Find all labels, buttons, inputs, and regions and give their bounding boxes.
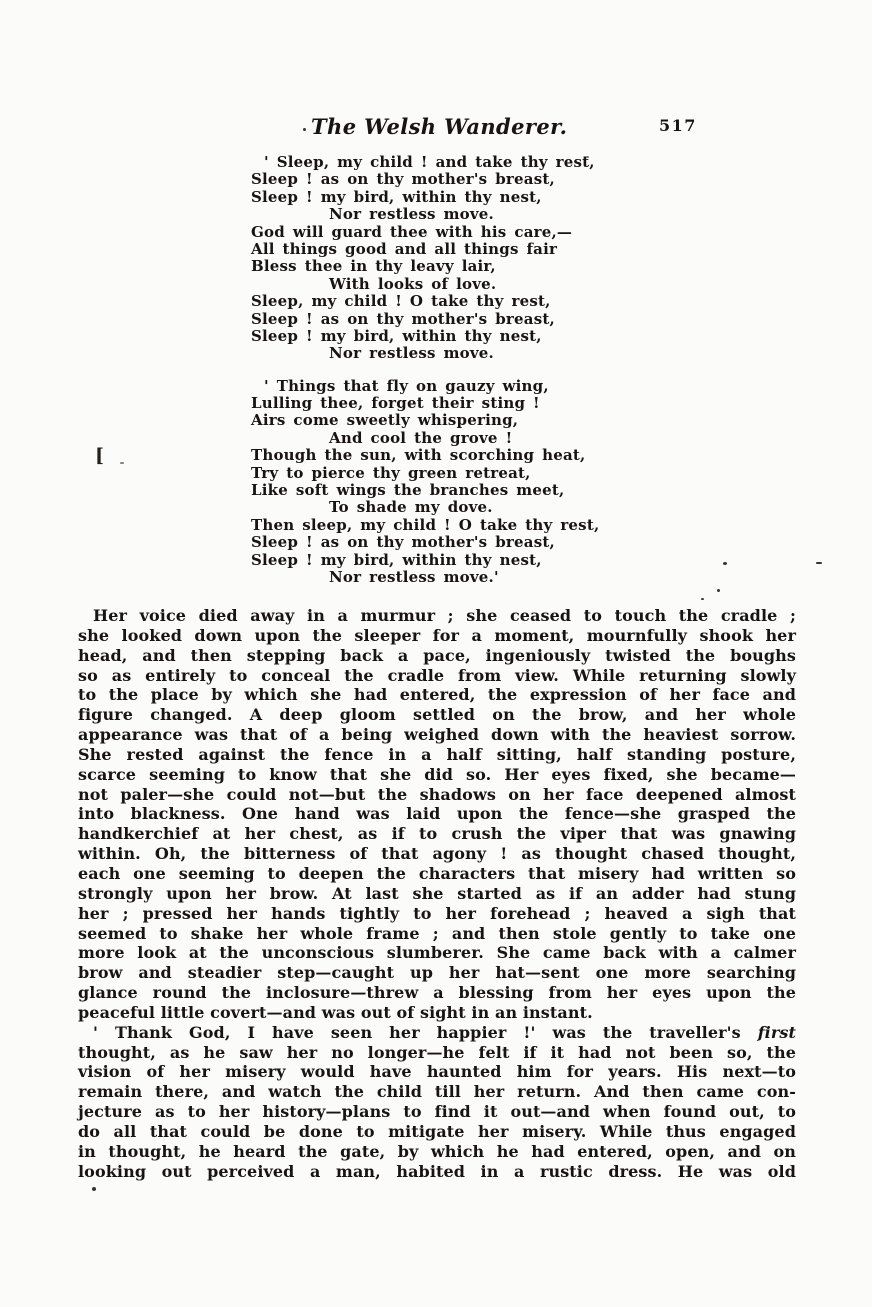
prose-line: She rested against the fence in a half s… — [78, 745, 796, 765]
prose-line: into blackness. One hand was laid upon t… — [78, 804, 796, 824]
prose-line: vision of her misery would have haunted … — [78, 1062, 796, 1082]
poem-line: Nor restless move. — [251, 206, 599, 223]
poem-line: All things good and all things fair — [251, 241, 599, 258]
running-head: The Welsh Wanderer. 517 — [0, 112, 872, 146]
prose-line: so as entirely to conceal the cradle fro… — [78, 666, 796, 686]
prose-line: ' Thank God, I have seen her happier !' … — [78, 1023, 796, 1043]
ink-speck — [92, 1187, 96, 1191]
poem-line: And cool the grove ! — [251, 430, 599, 447]
poem-line: Try to pierce thy green retreat, — [251, 465, 599, 482]
prose-line: she looked down upon the sleeper for a m… — [78, 626, 796, 646]
prose-line: seemed to shake her whole frame ; and th… — [78, 924, 796, 944]
prose-line: do all that could be done to mitigate he… — [78, 1122, 796, 1142]
poem-line: Nor restless move. — [251, 345, 599, 362]
ink-speck — [120, 462, 124, 464]
margin-bracket-mark: [ — [95, 445, 104, 467]
prose-line: her ; pressed her hands tightly to her f… — [78, 904, 796, 924]
prose-line: handkerchief at her chest, as if to crus… — [78, 824, 796, 844]
ink-speck — [303, 128, 306, 131]
prose-line: within. Oh, the bitterness of that agony… — [78, 844, 796, 864]
italic-word: first — [758, 1023, 796, 1042]
poem-block: ' Sleep, my child ! and take thy rest, S… — [251, 154, 599, 586]
prose-line: strongly upon her brow. At last she star… — [78, 884, 796, 904]
ink-speck — [816, 562, 822, 564]
poem-line: Airs come sweetly whispering, — [251, 412, 599, 429]
prose-line: peaceful little covert—and was out of si… — [78, 1003, 796, 1023]
poem-stanza-2: ' Things that fly on gauzy wing, Lulling… — [251, 378, 599, 587]
prose-block: Her voice died away in a murmur ; she ce… — [78, 606, 796, 1181]
prose-line: jecture as to her history—plans to find … — [78, 1102, 796, 1122]
ink-speck — [717, 589, 720, 592]
prose-line: head, and then stepping back a pace, ing… — [78, 646, 796, 666]
ink-speck — [586, 156, 589, 158]
page-number: 517 — [659, 116, 697, 135]
prose-line: brow and steadier step—caught up her hat… — [78, 963, 796, 983]
prose-line: in thought, he heard the gate, by which … — [78, 1142, 796, 1162]
poem-line: ' Sleep, my child ! and take thy rest, — [251, 154, 599, 171]
poem-line: Like soft wings the branches meet, — [251, 482, 599, 499]
prose-line: not paler—she could not—but the shadows … — [78, 785, 796, 805]
prose-line: glance round the inclosure—threw a bless… — [78, 983, 796, 1003]
poem-line: Bless thee in thy leavy lair, — [251, 258, 599, 275]
poem-stanza-1: ' Sleep, my child ! and take thy rest, S… — [251, 154, 599, 363]
ink-speck — [701, 598, 704, 600]
poem-line: With looks of love. — [251, 276, 599, 293]
poem-line: Sleep ! my bird, within thy nest, — [251, 552, 599, 569]
poem-line: Sleep ! as on thy mother's breast, — [251, 534, 599, 551]
poem-line: Sleep ! as on thy mother's breast, — [251, 171, 599, 188]
poem-line: Sleep ! as on thy mother's breast, — [251, 311, 599, 328]
poem-line: Sleep ! my bird, within thy nest, — [251, 328, 599, 345]
prose-line: more look at the unconscious slumberer. … — [78, 943, 796, 963]
page-title: The Welsh Wanderer. — [311, 114, 567, 139]
ink-speck — [723, 562, 727, 565]
prose-line: thought, as he saw her no longer—he felt… — [78, 1043, 796, 1063]
prose-line: each one seeming to deepen the character… — [78, 864, 796, 884]
prose-line: to the place by which she had entered, t… — [78, 685, 796, 705]
poem-line: Sleep, my child ! O take thy rest, — [251, 293, 599, 310]
poem-line: Though the sun, with scorching heat, — [251, 447, 599, 464]
poem-line: To shade my dove. — [251, 499, 599, 516]
prose-line-text: ' Thank God, I have seen her happier !' … — [93, 1023, 741, 1042]
prose-line: scarce seeming to know that she did so. … — [78, 765, 796, 785]
prose-paragraph-1: Her voice died away in a murmur ; she ce… — [78, 606, 796, 1023]
prose-line: figure changed. A deep gloom settled on … — [78, 705, 796, 725]
prose-line: looking out perceived a man, habited in … — [78, 1162, 796, 1182]
prose-line: remain there, and watch the child till h… — [78, 1082, 796, 1102]
prose-paragraph-2: ' Thank God, I have seen her happier !' … — [78, 1023, 796, 1182]
poem-line: ' Things that fly on gauzy wing, — [251, 378, 599, 395]
poem-line: Then sleep, my child ! O take thy rest, — [251, 517, 599, 534]
poem-line: Lulling thee, forget their sting ! — [251, 395, 599, 412]
prose-line: Her voice died away in a murmur ; she ce… — [78, 606, 796, 626]
scanned-book-page: The Welsh Wanderer. 517 ' Sleep, my chil… — [0, 0, 872, 1307]
poem-line: Sleep ! my bird, within thy nest, — [251, 189, 599, 206]
poem-line: Nor restless move.' — [251, 569, 599, 586]
prose-line: appearance was that of a being weighed d… — [78, 725, 796, 745]
poem-line: God will guard thee with his care,— — [251, 224, 599, 241]
